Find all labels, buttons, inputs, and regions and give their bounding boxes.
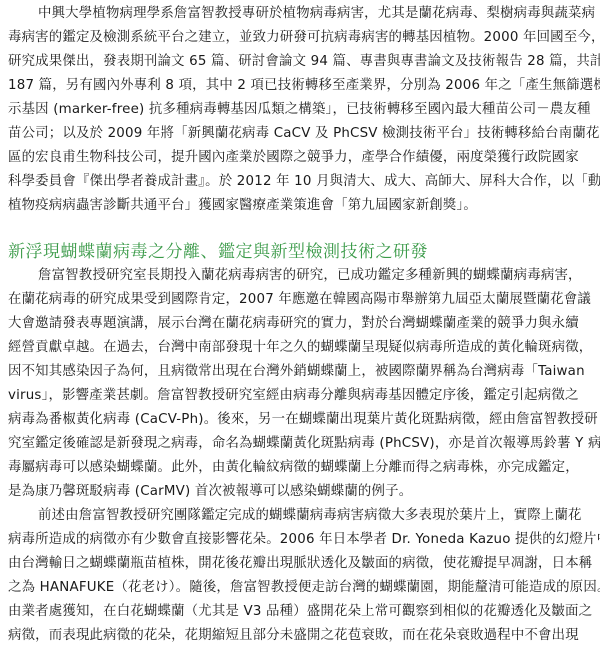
- text-line: 由台灣輸日之蝴蝶蘭瓶苗植株，開花後花瓣出現脈狀透化及皺面的病徵，使花瓣提早凋謝，…: [8, 552, 592, 576]
- text-line: 大會邀請發表專題演講，展示台灣在蘭花病毒研究的實力，對於台灣蝴蝶蘭產業的競爭力與…: [8, 312, 592, 336]
- text-line: 研究成果傑出，發表期刊論文 65 篇、研討會論文 94 篇、專書與專書論文及技術…: [8, 50, 592, 74]
- text-line: 區的宏良甫生物科技公司，提升國內產業於國際之競爭力，產學合作績優，兩度榮獲行政院…: [8, 146, 592, 170]
- text-line: 毒屬病毒可以感染蝴蝶蘭。此外，由黃化輪紋病徵的蝴蝶蘭上分離而得之病毒株，亦完成鑑…: [8, 456, 592, 480]
- text-line: 示基因 (marker-free) 抗多種病毒轉基因瓜類之構築」，已技術轉移至國…: [8, 98, 592, 122]
- intro-paragraph: 中興大學植物病理學系詹富智教授專研於植物病毒病害，尤其是蘭花病毒、梨樹病毒與蔬菜…: [8, 2, 592, 218]
- text-line: 由業者處獲知，在白花蝴蝶蘭（尤其是 V3 品種）盛開花朵上常可觀察到相似的花瓣透…: [8, 600, 592, 624]
- section-paragraph-2: 前述由詹富智教授研究團隊鑑定完成的蝴蝶蘭病毒病害病徵大多表現於葉片上，實際上蘭花…: [8, 504, 592, 648]
- text-line: 詹富智教授研究室長期投入蘭花病毒病害的研究，已成功鑑定多種新興的蝴蝶蘭病毒病害，: [8, 264, 592, 288]
- text-line: 毒病害的鑑定及檢測系統平台之建立，並致力研發可抗病毒病害的轉基因植物。2000 …: [8, 26, 592, 50]
- text-line: virus」，影響產業甚劇。詹富智教授研究室經由病毒分離與病毒基因體定序後，鑑定…: [8, 384, 592, 408]
- text-line: 中興大學植物病理學系詹富智教授專研於植物病毒病害，尤其是蘭花病毒、梨樹病毒與蔬菜…: [8, 2, 592, 26]
- text-line: 因不知其感染因子為何，且病徵常出現在台灣外銷蝴蝶蘭上，被國際蘭界稱為台灣病毒「T…: [8, 360, 592, 384]
- text-line: 187 篇，另有國內外專利 8 項，其中 2 項已技術轉移至產業界，分別為 20…: [8, 74, 592, 98]
- text-line: 之為 HANAFUKE（花老け）。隨後，詹富智教授便走訪台灣的蝴蝶蘭園，期能釐清…: [8, 576, 592, 600]
- text-line: 前述由詹富智教授研究團隊鑑定完成的蝴蝶蘭病毒病害病徵大多表現於葉片上，實際上蘭花: [8, 504, 592, 528]
- section-heading: 新浮現蝴蝶蘭病毒之分離、鑑定與新型檢測技術之研發: [8, 240, 592, 264]
- text-line: 病毒為番椒黃化病毒 (CaCV-Ph)。後來，另一在蝴蝶蘭出現葉片黃化斑點病徵，…: [8, 408, 592, 432]
- section-paragraph-1: 詹富智教授研究室長期投入蘭花病毒病害的研究，已成功鑑定多種新興的蝴蝶蘭病毒病害，…: [8, 264, 592, 504]
- text-line: 植物疫病病蟲害診斷共通平台」獲國家醫療產業策進會「第九屆國家新創獎」。: [8, 194, 592, 218]
- text-line: 在蘭花病毒的研究成果受到國際肯定，2007 年應邀在韓國高陽市舉辦第九屆亞太蘭展…: [8, 288, 592, 312]
- text-line: 苗公司；以及於 2009 年將「新興蘭花病毒 CaCV 及 PhCSV 檢測技術…: [8, 122, 592, 146]
- text-line: 科學委員會『傑出學者養成計畫』。於 2012 年 10 月與清大、成大、高師大、…: [8, 170, 592, 194]
- text-line: 經營貢獻卓越。在過去，台灣中南部發現十年之久的蝴蝶蘭呈現疑似病毒所造成的黃化輪斑…: [8, 336, 592, 360]
- text-line: 是為康乃馨斑駁病毒 (CarMV) 首次被報導可以感染蝴蝶蘭的例子。: [8, 480, 592, 504]
- document-page: 中興大學植物病理學系詹富智教授專研於植物病毒病害，尤其是蘭花病毒、梨樹病毒與蔬菜…: [8, 2, 592, 648]
- text-line: 病毒所造成的病徵亦有少數會直接影響花朵。2006 年日本學者 Dr. Yoned…: [8, 528, 592, 552]
- text-line: 病徵，而表現此病徵的花朵，花期縮短且部分未盛開之花苞衰敗，而在花朵衰敗過程中不會…: [8, 624, 592, 648]
- text-line: 究室鑑定後確認是新發現之病毒，命名為蝴蝶蘭黃化斑點病毒 (PhCSV)，亦是首次…: [8, 432, 592, 456]
